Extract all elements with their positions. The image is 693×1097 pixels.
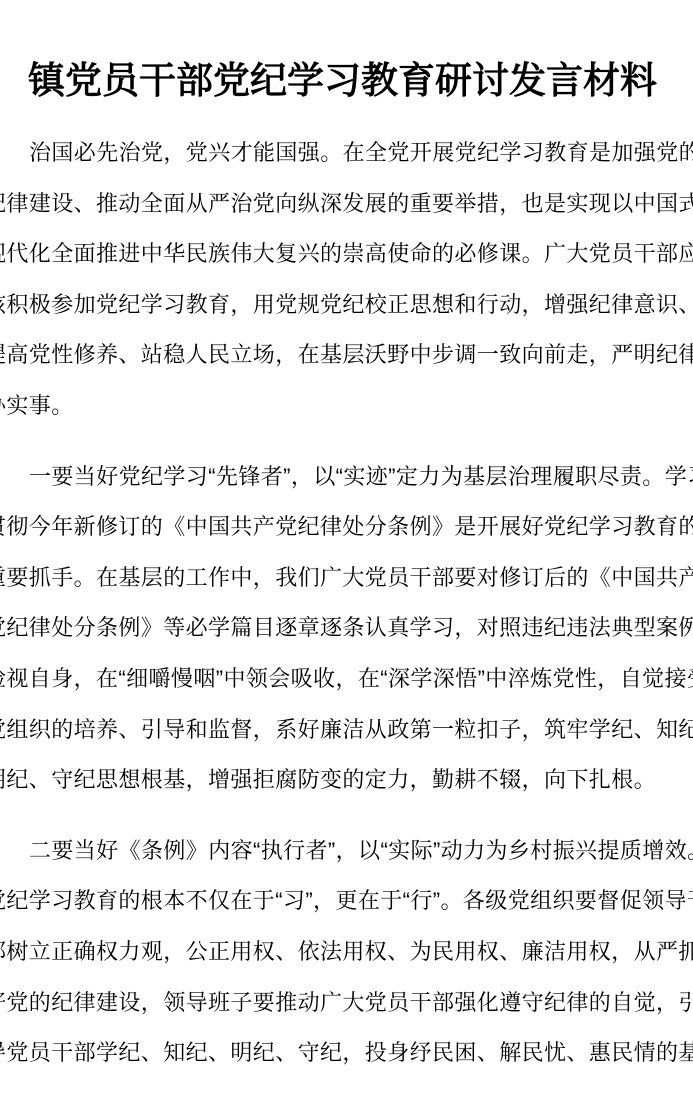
text-line: 该积极参加党纪学习教育，用党规党纪校正思想和行动，增强纪律意识、 bbox=[0, 280, 693, 331]
text-line: 明纪、守纪思想根基，增强拒腐防变的定力，勤耕不辍，向下扎根。 bbox=[0, 755, 693, 806]
text-line: 治国必先治党，党兴才能国强。在全党开展党纪学习教育是加强党的 bbox=[0, 128, 693, 179]
text-line: 好党的纪律建设，领导班子要推动广大党员干部强化遵守纪律的自觉，引 bbox=[0, 978, 693, 1029]
text-line: 重要抓手。在基层的工作中，我们广大党员干部要对修订后的《中国共产 bbox=[0, 553, 693, 604]
text-line: 办实事。 bbox=[0, 381, 693, 432]
document-viewport: 镇党员干部党纪学习教育研讨发言材料 治国必先治党，党兴才能国强。在全党开展党纪学… bbox=[0, 0, 693, 1097]
text-line: 导党员干部学纪、知纪、明纪、守纪，投身纾民困、解民忧、惠民情的基 bbox=[0, 1028, 693, 1079]
text-line: 一要当好党纪学习“先锋者”，以“实迹”定力为基层治理履职尽责。学习 bbox=[0, 452, 693, 503]
text-line: 提高党性修养、站稳人民立场，在基层沃野中步调一致向前走，严明纪律 bbox=[0, 330, 693, 381]
text-line: 党组织的培养、引导和监督，系好廉洁从政第一粒扣子，筑牢学纪、知纪、 bbox=[0, 705, 693, 756]
document-title: 镇党员干部党纪学习教育研讨发言材料 bbox=[0, 0, 693, 104]
paragraph-3: 二要当好《条例》内容“执行者”，以“实际”动力为乡村振兴提质增效。 党纪学习教育… bbox=[0, 826, 693, 1079]
text-line: 贯彻今年新修订的《中国共产党纪律处分条例》是开展好党纪学习教育的 bbox=[0, 502, 693, 553]
text-line: 党纪学习教育的根本不仅在于“习”，更在于“行”。各级党组织要督促领导干 bbox=[0, 876, 693, 927]
text-line: 现代化全面推进中华民族伟大复兴的崇高使命的必修课。广大党员干部应 bbox=[0, 229, 693, 280]
document-page: 镇党员干部党纪学习教育研讨发言材料 治国必先治党，党兴才能国强。在全党开展党纪学… bbox=[0, 0, 693, 1079]
text-line: 纪律建设、推动全面从严治党向纵深发展的重要举措，也是实现以中国式 bbox=[0, 179, 693, 230]
text-line: 党纪律处分条例》等必学篇目逐章逐条认真学习，对照违纪违法典型案例 bbox=[0, 603, 693, 654]
text-line: 检视自身，在“细嚼慢咽”中领会吸收，在“深学深悟”中淬炼党性，自觉接受 bbox=[0, 654, 693, 705]
text-line: 部树立正确权力观，公正用权、依法用权、为民用权、廉洁用权，从严抓 bbox=[0, 927, 693, 978]
paragraph-2: 一要当好党纪学习“先锋者”，以“实迹”定力为基层治理履职尽责。学习 贯彻今年新修… bbox=[0, 452, 693, 806]
paragraph-1: 治国必先治党，党兴才能国强。在全党开展党纪学习教育是加强党的 纪律建设、推动全面… bbox=[0, 128, 693, 432]
text-line: 二要当好《条例》内容“执行者”，以“实际”动力为乡村振兴提质增效。 bbox=[0, 826, 693, 877]
